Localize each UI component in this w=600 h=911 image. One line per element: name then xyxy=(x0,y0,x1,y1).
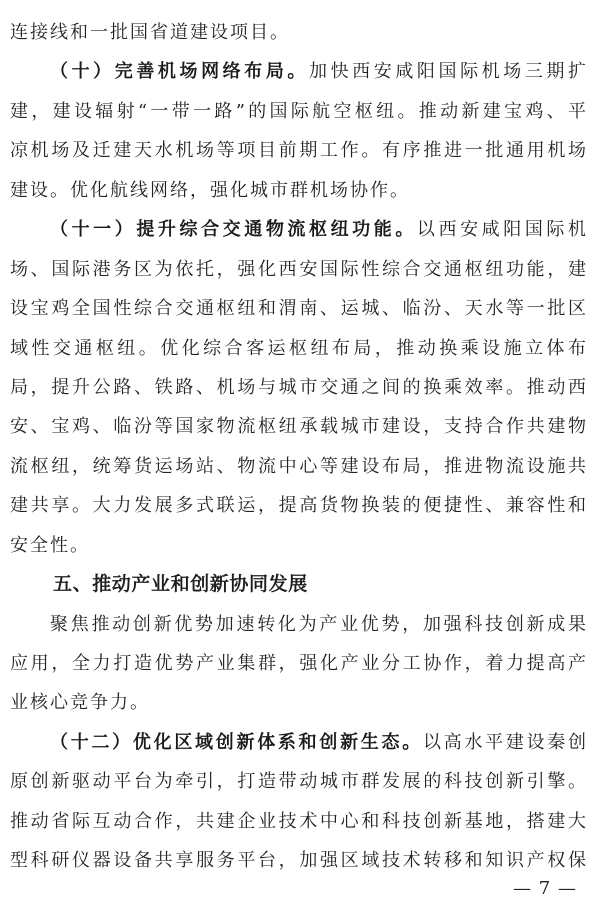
paragraph-text: 应用，全力打造优势产业集群，强化产业分工协作，着力提高产 xyxy=(10,653,588,674)
paragraph-text: 型科研仪器设备共享服务平台，加强区域技术转移和知识产权保 xyxy=(10,850,588,871)
text-line: 建设。优化航线网络，强化城市群机场协作。 xyxy=(10,171,588,210)
text-line: 型科研仪器设备共享服务平台，加强区域技术转移和知识产权保 xyxy=(10,841,588,880)
text-line: 设宝鸡全国性综合交通枢纽和渭南、运城、临汾、天水等一批区 xyxy=(10,289,588,328)
paragraph-text: 业核心竞争力。 xyxy=(10,692,150,713)
paragraph-text: 加快西安咸阳国际机场三期扩 xyxy=(309,61,588,82)
paragraph-text: 局，提升公路、铁路、机场与城市交通之间的换乘效率。推动西 xyxy=(10,377,588,398)
paragraph-text: 建，建设辐射“一带一路”的国际航空枢纽。推动新建宝鸡、平 xyxy=(10,101,588,122)
text-line: 建共享。大力发展多式联运，提高货物换装的便捷性、兼容性和 xyxy=(10,486,588,525)
text-line: （十）完善机场网络布局。加快西安咸阳国际机场三期扩 xyxy=(10,52,588,91)
paragraph-text: 连接线和一批国省道建设项目。 xyxy=(10,22,290,43)
paragraph-text: 流枢纽，统筹货运场站、物流中心等建设布局，推进物流设施共 xyxy=(10,456,588,477)
paragraph-text: 凉机场及迁建天水机场等项目前期工作。有序推进一批通用机场 xyxy=(10,140,588,161)
paragraph-text: 域性交通枢纽。优化综合客运枢纽布局，推动换乘设施立体布 xyxy=(10,338,588,359)
item-heading-10: （十）完善机场网络布局。 xyxy=(50,61,309,82)
text-line: （十一）提升综合交通物流枢纽功能。以西安咸阳国际机 xyxy=(10,210,588,249)
text-line: 局，提升公路、铁路、机场与城市交通之间的换乘效率。推动西 xyxy=(10,368,588,407)
section-heading: 五、推动产业和创新协同发展 xyxy=(10,565,588,604)
text-line: 凉机场及迁建天水机场等项目前期工作。有序推进一批通用机场 xyxy=(10,131,588,170)
paragraph-text: 推动省际互动合作，共建企业技术中心和科技创新基地，搭建大 xyxy=(10,811,588,832)
paragraph-text: 原创新驱动平台为牵引，打造带动城市群发展的科技创新引擎。 xyxy=(10,771,588,792)
text-line: 应用，全力打造优势产业集群，强化产业分工协作，着力提高产 xyxy=(10,644,588,683)
paragraph-text: 以高水平建设秦创 xyxy=(423,732,588,753)
text-line: 业核心竞争力。 xyxy=(10,683,588,722)
document-body: 连接线和一批国省道建设项目。 （十）完善机场网络布局。加快西安咸阳国际机场三期扩… xyxy=(10,13,588,881)
item-heading-11: （十一）提升综合交通物流枢纽功能。 xyxy=(50,219,417,240)
paragraph-text: 安全性。 xyxy=(10,535,90,556)
text-line: 安、宝鸡、临汾等国家物流枢纽承载城市建设，支持合作共建物 xyxy=(10,407,588,446)
text-line: 域性交通枢纽。优化综合客运枢纽布局，推动换乘设施立体布 xyxy=(10,329,588,368)
paragraph-text: 建共享。大力发展多式联运，提高货物换装的便捷性、兼容性和 xyxy=(10,495,588,516)
page-number: — 7 — xyxy=(508,876,582,902)
paragraph-text: 聚焦推动创新优势加速转化为产业优势，加强科技创新成果 xyxy=(50,614,588,635)
text-line: 推动省际互动合作，共建企业技术中心和科技创新基地，搭建大 xyxy=(10,802,588,841)
paragraph-text: 以西安咸阳国际机 xyxy=(417,219,588,240)
document-page: 连接线和一批国省道建设项目。 （十）完善机场网络布局。加快西安咸阳国际机场三期扩… xyxy=(0,0,600,911)
paragraph-text: 安、宝鸡、临汾等国家物流枢纽承载城市建设，支持合作共建物 xyxy=(10,416,588,437)
paragraph-text: 设宝鸡全国性综合交通枢纽和渭南、运城、临汾、天水等一批区 xyxy=(10,298,588,319)
item-heading-12: （十二）优化区域创新体系和创新生态。 xyxy=(50,732,423,753)
text-line: 流枢纽，统筹货运场站、物流中心等建设布局，推进物流设施共 xyxy=(10,447,588,486)
text-line: 聚焦推动创新优势加速转化为产业优势，加强科技创新成果 xyxy=(10,605,588,644)
text-line: 原创新驱动平台为牵引，打造带动城市群发展的科技创新引擎。 xyxy=(10,762,588,801)
paragraph-text: 建设。优化航线网络，强化城市群机场协作。 xyxy=(10,180,410,201)
text-line: 建，建设辐射“一带一路”的国际航空枢纽。推动新建宝鸡、平 xyxy=(10,92,588,131)
text-line: 连接线和一批国省道建设项目。 xyxy=(10,13,588,52)
text-line: 安全性。 xyxy=(10,526,588,565)
text-line: （十二）优化区域创新体系和创新生态。以高水平建设秦创 xyxy=(10,723,588,762)
paragraph-text: 场、国际港务区为依托，强化西安国际性综合交通枢纽功能，建 xyxy=(10,259,588,280)
text-line: 场、国际港务区为依托，强化西安国际性综合交通枢纽功能，建 xyxy=(10,250,588,289)
